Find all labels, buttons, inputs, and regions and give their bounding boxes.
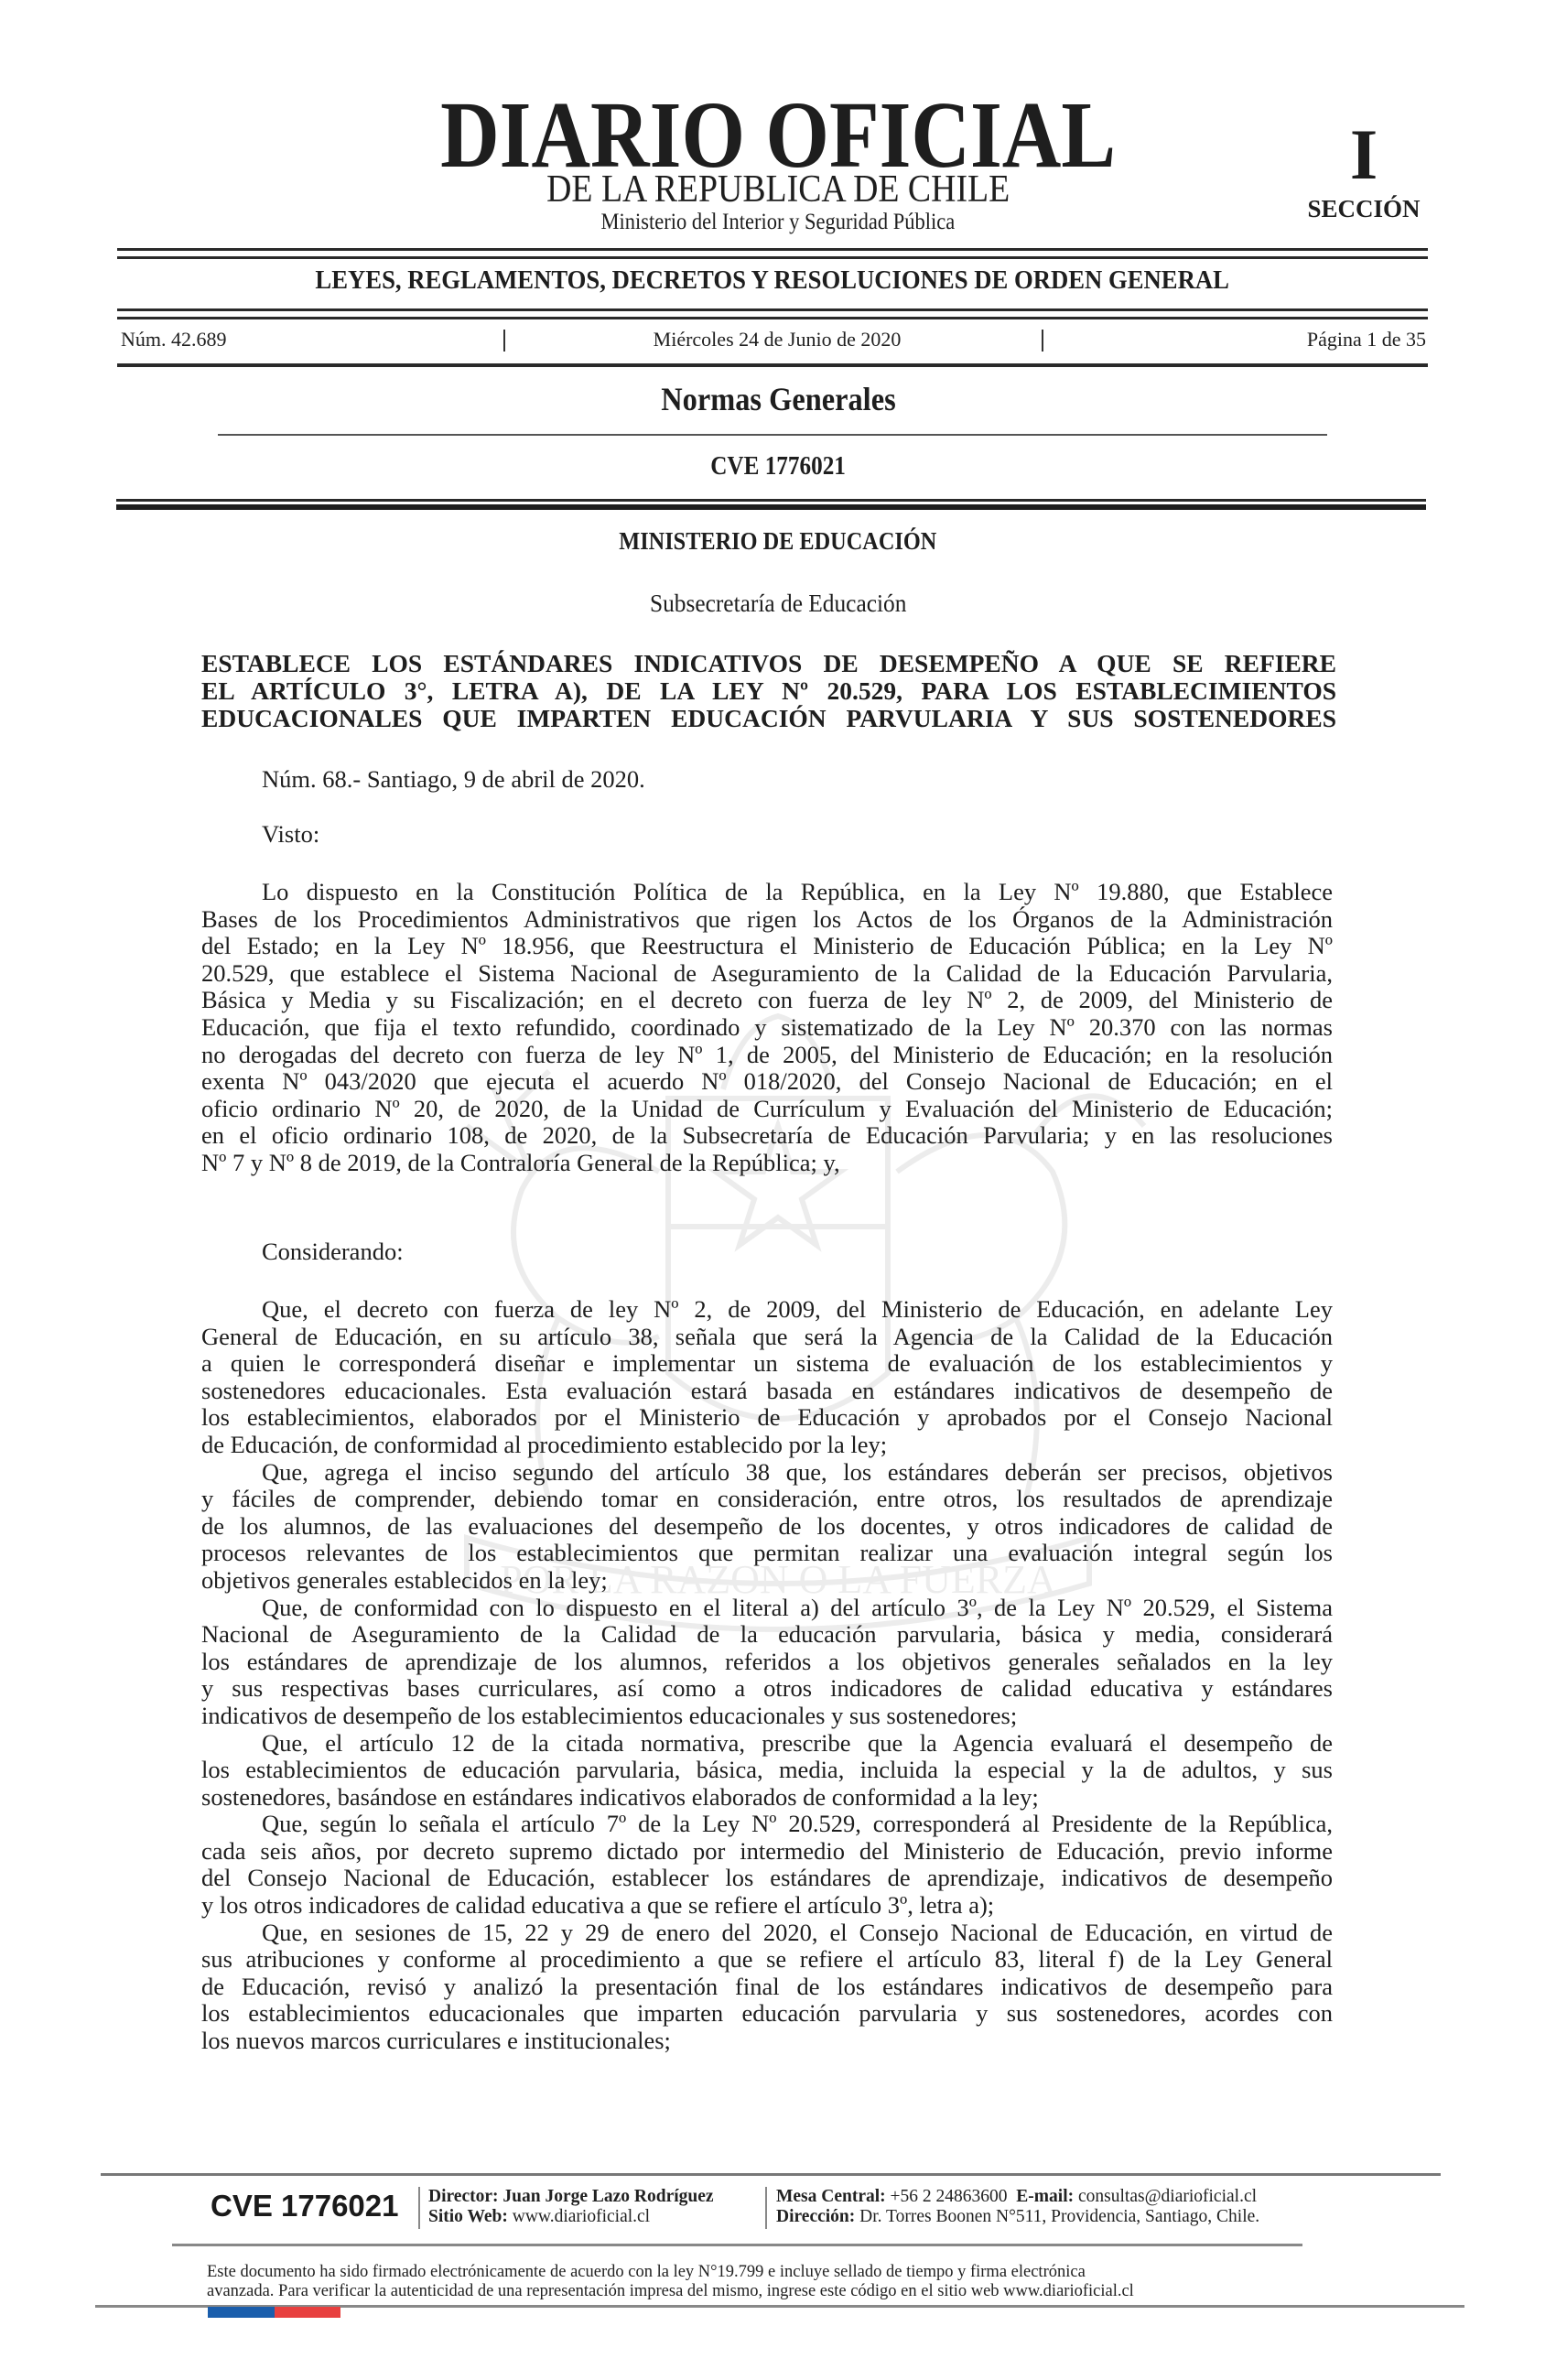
text-line: y los otros indicadores de calidad educa… [201, 1892, 1333, 1920]
note-line: Este documento ha sido firmado electróni… [207, 2263, 1134, 2282]
considerando-paragraph: Que, de conformidad con lo dispuesto en … [201, 1595, 1333, 1730]
text-line: Que, según lo señala el artículo 7º de l… [201, 1811, 1333, 1838]
issue-number: Núm. 42.689 [121, 330, 227, 350]
email-label: E-mail: [1016, 2187, 1074, 2206]
footer-cve-code: CVE 1776021 [211, 2191, 399, 2221]
text-line: los establecimientos, elaborados por el … [201, 1404, 1333, 1432]
section-numeral: I [1281, 119, 1446, 190]
text-line: cada seis años, por decreto supremo dict… [201, 1838, 1333, 1866]
considerando-section: Que, el decreto con fuerza de ley Nº 2, … [201, 1296, 1333, 2055]
text-line: y sus respectivas bases curriculares, as… [201, 1675, 1333, 1703]
text-line: Que, en sesiones de 15, 22 y 29 de enero… [201, 1920, 1333, 1947]
note-line: avanzada. Para verificar la autenticidad… [207, 2282, 1134, 2301]
address-value: Dr. Torres Boonen N°511, Providencia, Sa… [859, 2207, 1259, 2226]
footer-contact: Mesa Central: +56 2 24863600 E-mail: con… [776, 2187, 1257, 2206]
decree-title-line: EDUCACIONALES QUE IMPARTEN EDUCACIÓN PAR… [201, 705, 1336, 732]
text-line: a quien le corresponderá diseñar e imple… [201, 1350, 1333, 1378]
text-line: 20.529, que establece el Sistema Naciona… [201, 960, 1333, 988]
header-rule [117, 363, 1428, 367]
text-line: Que, el decreto con fuerza de ley Nº 2, … [201, 1296, 1333, 1324]
text-line: Nº 7 y Nº 8 de 2019, de la Contraloría G… [201, 1150, 1333, 1177]
address-label: Dirección: [776, 2207, 855, 2226]
text-line: Educación, que fija el texto refundido, … [201, 1014, 1333, 1042]
text-line: procesos relevantes de los establecimien… [201, 1540, 1333, 1567]
footer-separator [418, 2187, 420, 2229]
considerando-paragraph: Que, el decreto con fuerza de ley Nº 2, … [201, 1296, 1333, 1459]
visto-heading: Visto: [262, 822, 319, 847]
text-line: los establecimientos de educación parvul… [201, 1757, 1333, 1784]
text-line: de Educación, de conformidad al procedim… [201, 1432, 1333, 1459]
text-line: Que, agrega el inciso segundo del artícu… [201, 1459, 1333, 1487]
text-line: de los alumnos, de las evaluaciones del … [201, 1513, 1333, 1541]
considerando-paragraph: Que, el artículo 12 de la citada normati… [201, 1730, 1333, 1812]
visto-paragraph: Lo dispuesto en la Constitución Política… [201, 879, 1333, 1177]
footer-website: Sitio Web: www.diarioficial.cl [428, 2207, 650, 2226]
text-line: sus atribuciones y conforme al procedimi… [201, 1946, 1333, 1974]
heavy-rule [116, 504, 1426, 510]
email-link[interactable]: consultas@diarioficial.cl [1078, 2187, 1257, 2206]
issue-separator [503, 330, 505, 352]
considerando-paragraph: Que, en sesiones de 15, 22 y 29 de enero… [201, 1920, 1333, 2055]
considerando-heading: Considerando: [262, 1239, 404, 1264]
text-line: los nuevos marcos curriculares e institu… [201, 2028, 1333, 2055]
text-line: Nacional de Aseguramiento de la Calidad … [201, 1621, 1333, 1649]
phone-number: +56 2 24863600 [891, 2187, 1008, 2206]
website-label: Sitio Web: [428, 2207, 508, 2226]
director-name: Juan Jorge Lazo Rodríguez [502, 2187, 713, 2206]
phone-label: Mesa Central: [776, 2187, 886, 2206]
text-line: Que, de conformidad con lo dispuesto en … [201, 1595, 1333, 1622]
text-line: del Consejo Nacional de Educación, estab… [201, 1865, 1333, 1892]
flag-stripe-red [275, 2307, 340, 2318]
flag-stripe-blue [208, 2307, 275, 2318]
header-rule [117, 308, 1428, 311]
text-line: del Estado; en la Ley Nº 18.956, que Ree… [201, 933, 1333, 960]
director-label: Director: [428, 2187, 499, 2206]
cve-code: CVE 1776021 [0, 454, 1556, 480]
footer-rule [172, 2244, 1302, 2246]
text-line: sostenedores, basándose en estándares in… [201, 1784, 1333, 1812]
text-line: los estándares de aprendizaje de los alu… [201, 1649, 1333, 1676]
header-rule [117, 256, 1428, 259]
section-title: Normas Generales [0, 383, 1556, 416]
text-line: de Educación, revisó y analizó la presen… [201, 1974, 1333, 2001]
footer-address: Dirección: Dr. Torres Boonen N°511, Prov… [776, 2207, 1259, 2226]
footer-separator [765, 2187, 767, 2229]
text-line: Que, el artículo 12 de la citada normati… [201, 1730, 1333, 1758]
issuing-ministry: MINISTERIO DE EDUCACIÓN [0, 529, 1556, 554]
text-line: Bases de los Procedimientos Administrati… [201, 906, 1333, 934]
text-line: objetivos generales establecidos en la l… [201, 1567, 1333, 1595]
text-line: Lo dispuesto en la Constitución Política… [201, 879, 1333, 906]
header-rule [117, 248, 1428, 251]
footer-rule [101, 2173, 1441, 2176]
section-title-underline [218, 434, 1327, 436]
text-line: sostenedores educacionales. Esta evaluac… [201, 1378, 1333, 1405]
text-line: en el oficio ordinario 108, de 2020, de … [201, 1122, 1333, 1150]
decree-title-line: ESTABLECE LOS ESTÁNDARES INDICATIVOS DE … [201, 650, 1336, 677]
issuing-subsecretariat: Subsecretaría de Educación [0, 591, 1556, 616]
footer-director: Director: Juan Jorge Lazo Rodríguez [428, 2187, 714, 2206]
considerando-paragraph: Que, agrega el inciso segundo del artícu… [201, 1459, 1333, 1595]
issue-separator [1042, 330, 1043, 352]
decree-number-date: Núm. 68.- Santiago, 9 de abril de 2020. [262, 767, 645, 792]
section-label: SECCIÓN [1281, 197, 1446, 222]
text-line: General de Educación, en su artículo 38,… [201, 1324, 1333, 1351]
page-indicator: Página 1 de 35 [1307, 330, 1426, 350]
text-line: y fáciles de comprender, debiendo tomar … [201, 1486, 1333, 1513]
decree-title-line: EL ARTÍCULO 3°, LETRA A), DE LA LEY Nº 2… [201, 677, 1336, 705]
text-line: indicativos de desempeño de los establec… [201, 1703, 1333, 1730]
heavy-rule [116, 499, 1426, 502]
text-line: los establecimientos educacionales que i… [201, 2000, 1333, 2028]
text-line: exenta Nº 043/2020 que ejecuta el acuerd… [201, 1068, 1333, 1096]
text-line: oficio ordinario Nº 20, de 2020, de la U… [201, 1096, 1333, 1123]
considerando-paragraph: Que, según lo señala el artículo 7º de l… [201, 1811, 1333, 1919]
issue-date: Miércoles 24 de Junio de 2020 [513, 330, 1042, 350]
header-rule [117, 317, 1428, 319]
website-link[interactable]: www.diarioficial.cl [513, 2207, 650, 2226]
text-line: no derogadas del decreto con fuerza de l… [201, 1042, 1333, 1069]
text-line: Básica y Media y su Fiscalización; en el… [201, 987, 1333, 1014]
electronic-signature-note: Este documento ha sido firmado electróni… [207, 2263, 1134, 2301]
decree-title: ESTABLECE LOS ESTÁNDARES INDICATIVOS DE … [201, 650, 1336, 732]
publication-category: LEYES, REGLAMENTOS, DECRETOS Y RESOLUCIO… [117, 267, 1428, 294]
